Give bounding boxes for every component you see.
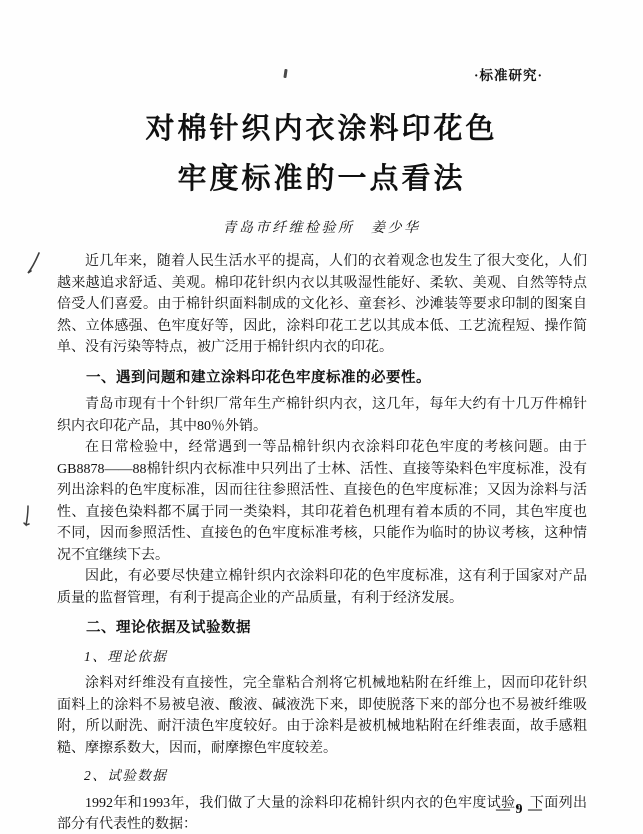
page-number: — 9 — [496, 802, 543, 818]
article-title-line-2: 牢度标准的一点看法 [0, 154, 643, 204]
article-title-line-1: 对棉针织内衣涂料印花色 [0, 104, 643, 154]
subsection-1-paragraph: 涂料对纤维没有直接性，完全靠粘合剂将它机械地粘附在纤维上，因而印花针织面料上的涂… [57, 673, 587, 759]
scanned-article-page: ·标准研究· 对棉针织内衣涂料印花色 牢度标准的一点看法 青岛市纤维检验所 姜少… [0, 0, 643, 834]
column-label: ·标准研究· [474, 64, 543, 84]
section-1-paragraph-3: 因此，有必要尽快建立棉针织内衣涂料印花的色牢度标准，这有利于国家对产品质量的监督… [57, 566, 587, 609]
section-2-heading: 二、理论依据及试验数据 [57, 618, 587, 640]
subsection-2-heading: 2、试验数据 [57, 765, 587, 787]
article-body: 近几年来，随着人民生活水平的提高，人们的衣着观念也发生了很大变化，人们越来越追求… [57, 251, 587, 834]
section-1-heading: 一、遇到问题和建立涂料印花色牢度标准的必要性。 [57, 368, 587, 390]
section-1-paragraph-2: 在日常检验中，经常遇到一等品棉针织内衣涂料印花色牢度的考核问题。由于GB8878… [57, 437, 587, 566]
author-byline: 青岛市纤维检验所 姜少华 [0, 217, 643, 237]
article-title: 对棉针织内衣涂料印花色 牢度标准的一点看法 [0, 0, 643, 204]
pencil-mark-tick [20, 504, 34, 530]
section-1-paragraph-1: 青岛市现有十个针织厂常年生产棉针织内衣，这几年，每年大约有十几万件棉针织内衣印花… [57, 394, 587, 437]
pencil-mark-slash [24, 250, 42, 278]
subsection-1-heading: 1、理论依据 [57, 646, 587, 668]
intro-paragraph: 近几年来，随着人民生活水平的提高，人们的衣着观念也发生了很大变化，人们越来越追求… [57, 251, 587, 359]
